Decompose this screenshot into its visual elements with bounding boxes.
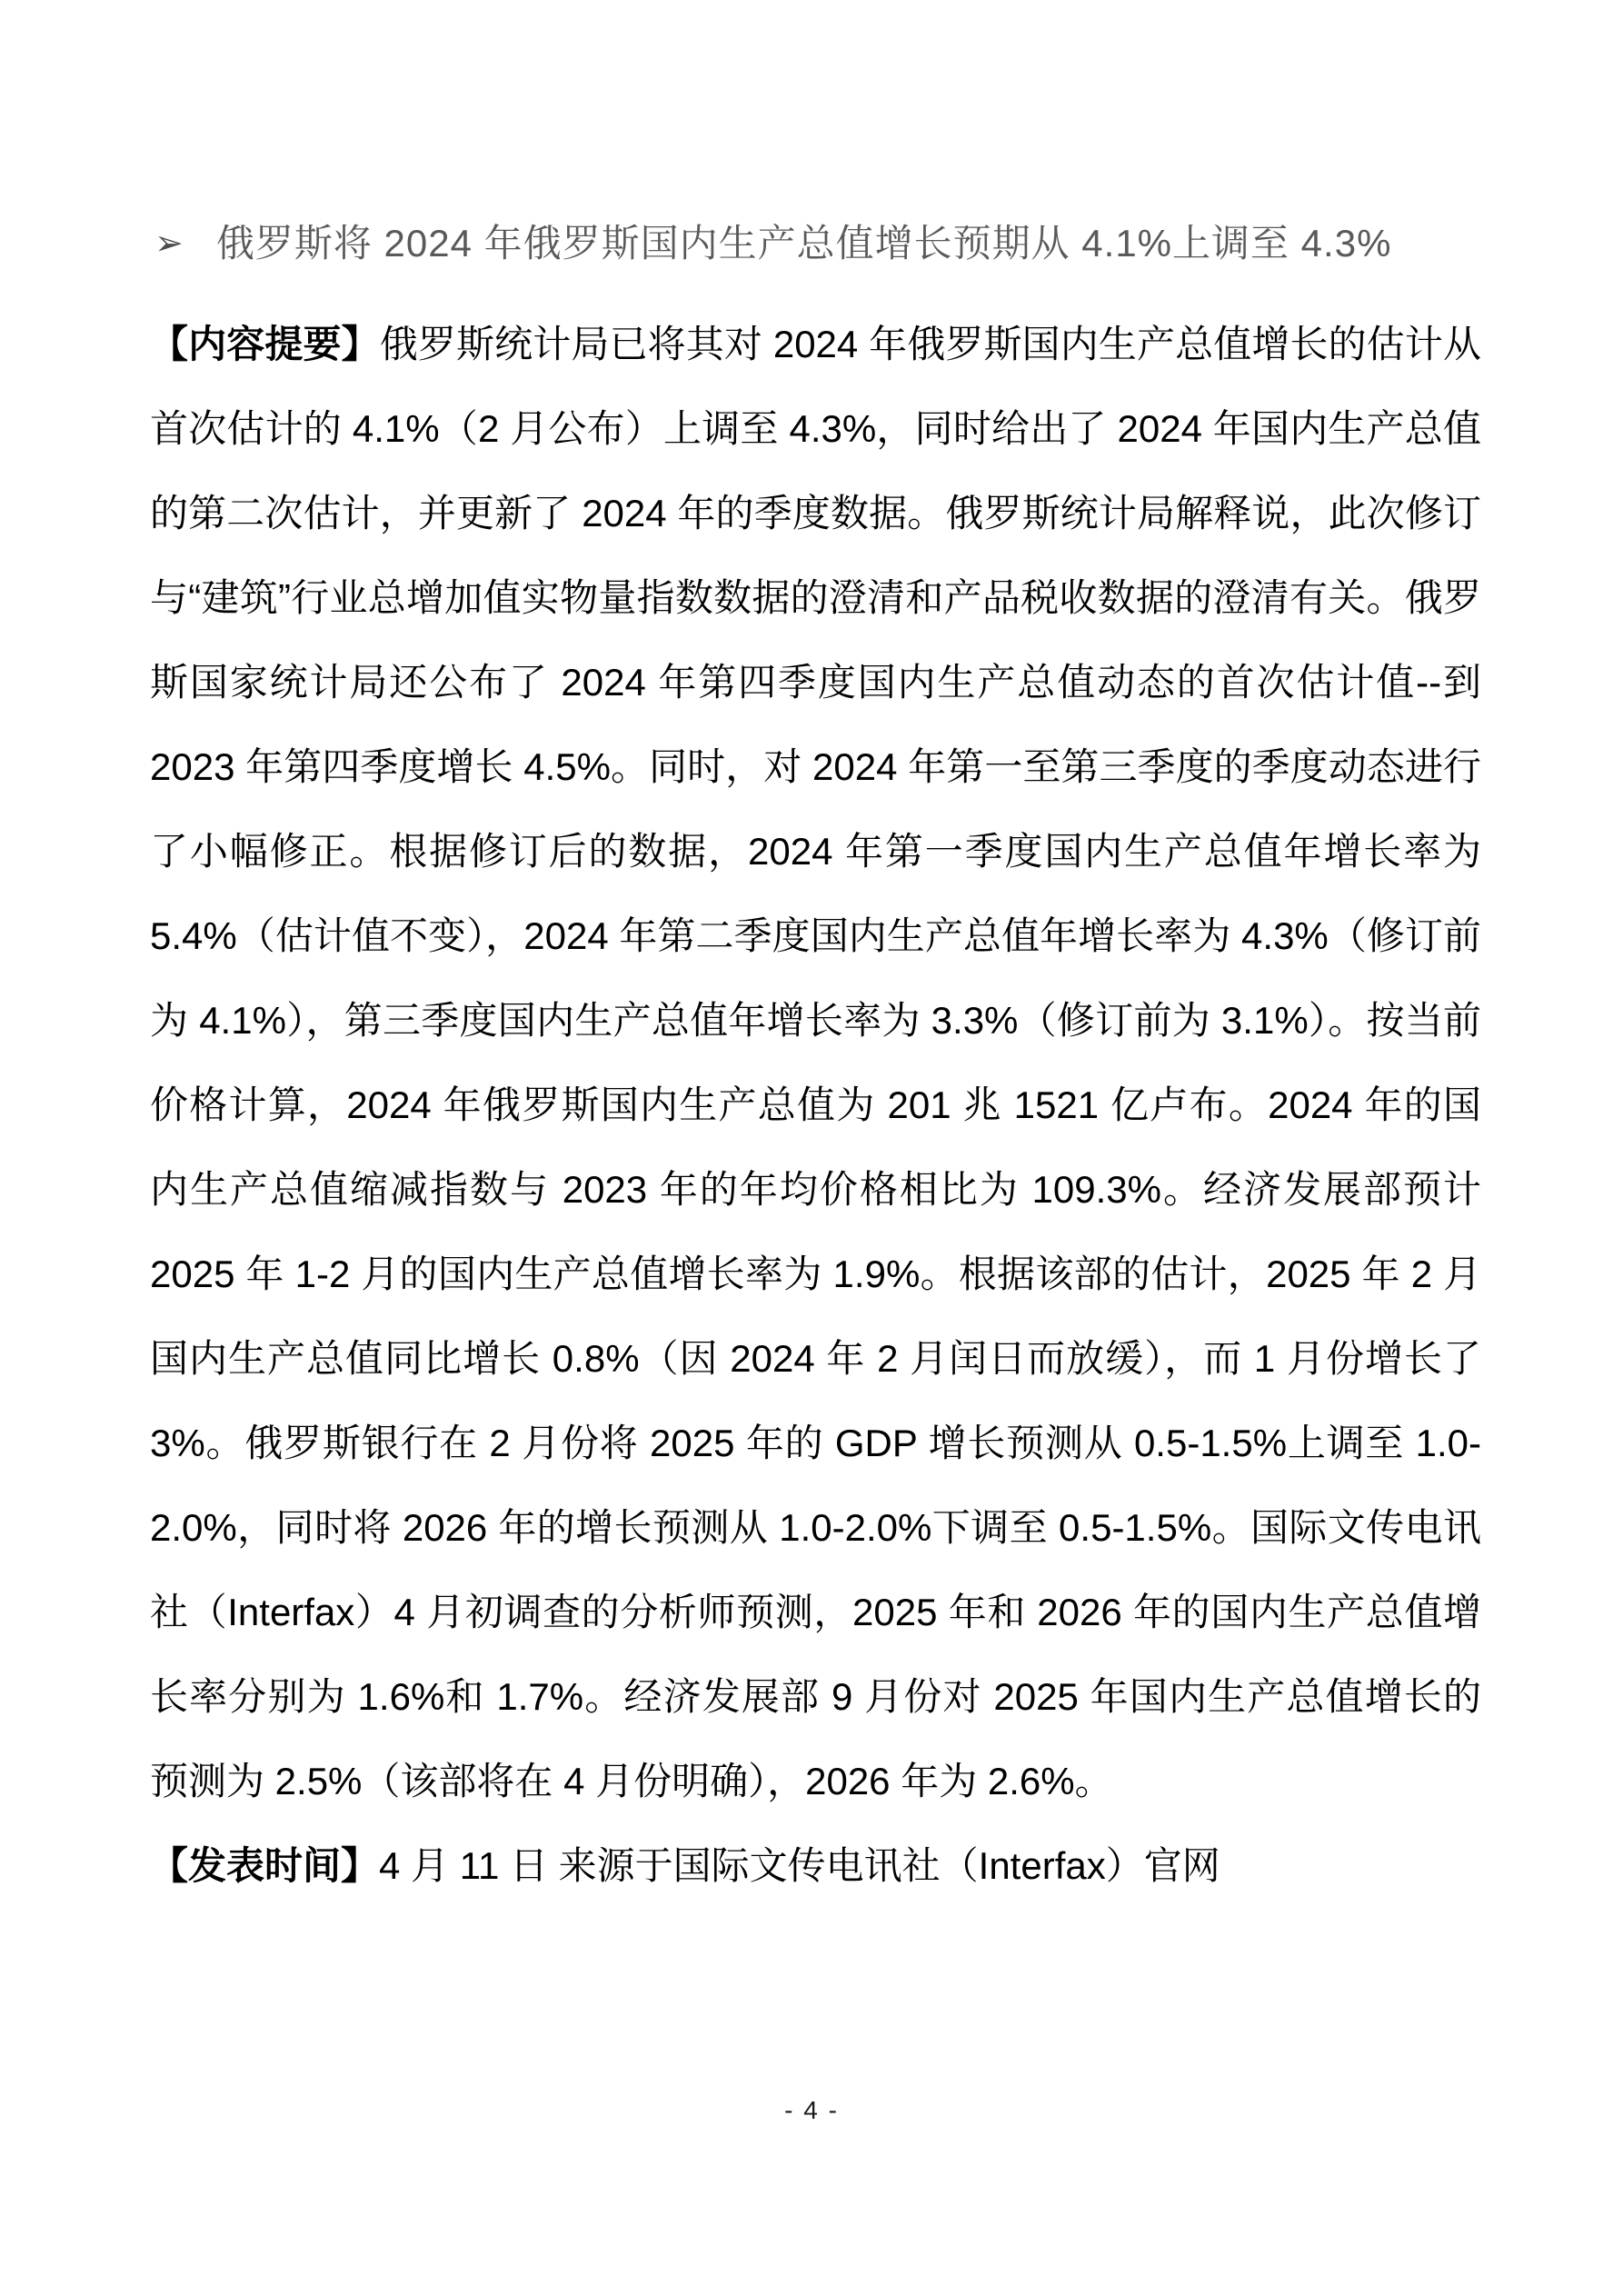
document-page: ➢ 俄罗斯将 2024 年俄罗斯国内生产总值增长预期从 4.1%上调至 4.3%…: [0, 0, 1623, 2296]
summary-text: 俄罗斯统计局已将其对 2024 年俄罗斯国内生产总值增长的估计从首次估计的 4.…: [150, 323, 1481, 1802]
publish-text: 4 月 11 日 来源于国际文传电讯社（Interfax）官网: [379, 1844, 1220, 1887]
arrow-bullet-icon: ➢: [154, 216, 184, 271]
summary-paragraph: 【内容提要】俄罗斯统计局已将其对 2024 年俄罗斯国内生产总值增长的估计从首次…: [150, 302, 1481, 1823]
page-number: - 4 -: [0, 2095, 1623, 2126]
publish-label: 【发表时间】: [150, 1844, 379, 1887]
publish-paragraph: 【发表时间】4 月 11 日 来源于国际文传电讯社（Interfax）官网: [150, 1823, 1481, 1908]
summary-label: 【内容提要】: [150, 323, 380, 365]
section-heading: ➢ 俄罗斯将 2024 年俄罗斯国内生产总值增长预期从 4.1%上调至 4.3%: [154, 216, 1481, 271]
section-heading-text: 俄罗斯将 2024 年俄罗斯国内生产总值增长预期从 4.1%上调至 4.3%: [216, 216, 1481, 271]
